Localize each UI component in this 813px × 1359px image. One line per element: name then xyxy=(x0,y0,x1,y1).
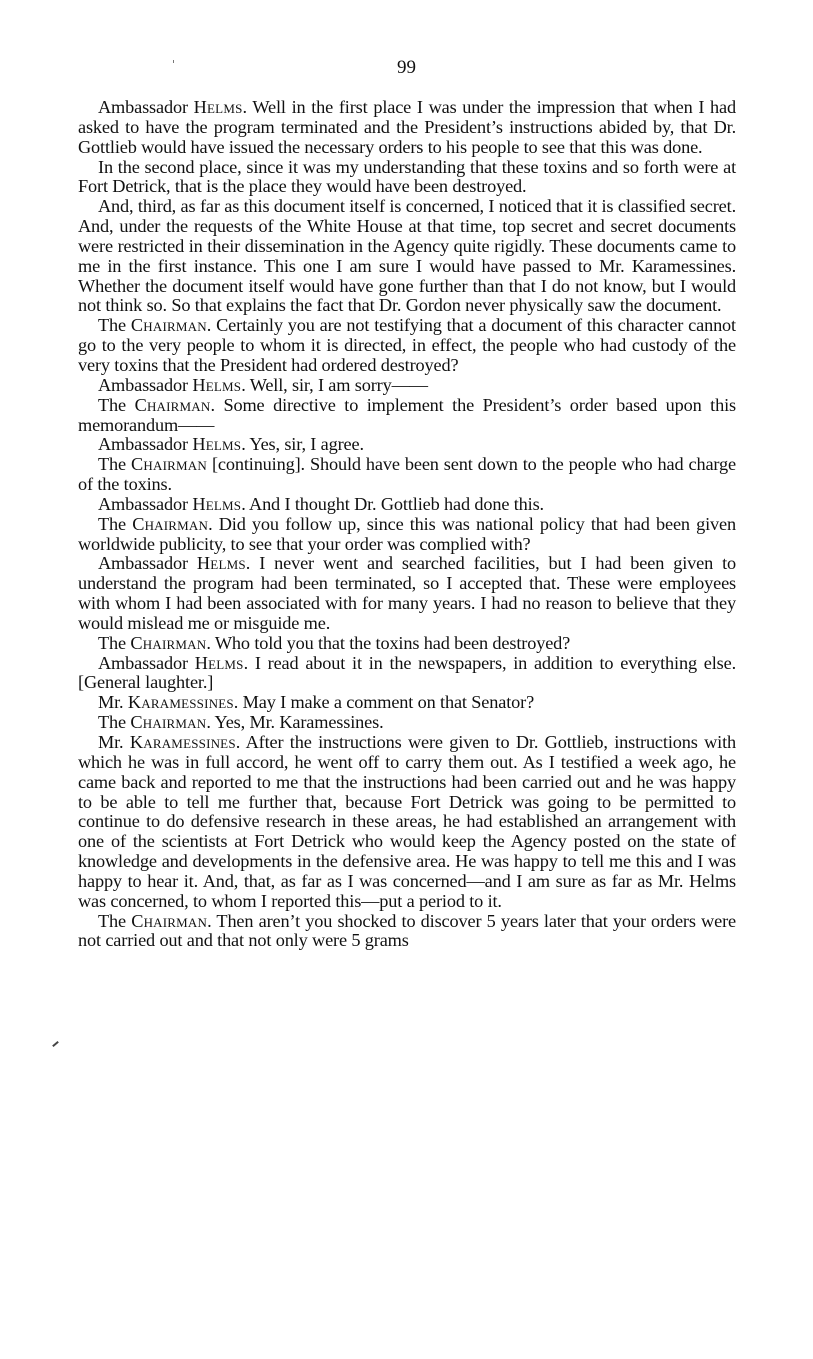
speaker-name: Helms xyxy=(197,553,246,573)
speaker-name: Chairman xyxy=(131,454,207,474)
speaker-prefix: The xyxy=(98,395,135,415)
speaker-name: Helms xyxy=(192,494,241,514)
speaker-prefix: Ambassador xyxy=(98,434,192,454)
paragraph: The Chairman. Certainly you are not test… xyxy=(78,316,736,376)
document-page: 99 Ambassador Helms. Well in the first p… xyxy=(0,0,813,1359)
paragraph: Ambassador Helms. I never went and searc… xyxy=(78,554,736,633)
paragraph: The Chairman. Then aren’t you shocked to… xyxy=(78,912,736,952)
paragraph-text: . Yes, Mr. Karamessines. xyxy=(206,712,383,732)
transcript-body: Ambassador Helms. Well in the first plac… xyxy=(78,98,736,951)
paragraph-text: . Yes, sir, I agree. xyxy=(241,434,364,454)
speaker-prefix: The xyxy=(98,911,131,931)
speaker-prefix: Mr. xyxy=(98,692,128,712)
speaker-name: Chairman xyxy=(131,315,207,335)
paragraph-text: And, third, as far as this document itse… xyxy=(78,196,736,315)
speaker-prefix: Ambassador xyxy=(98,97,194,117)
paragraph: The Chairman. Some directive to implemen… xyxy=(78,396,736,436)
paragraph-text: . Well, sir, I am sorry—— xyxy=(241,375,428,395)
speaker-name: Helms xyxy=(192,434,241,454)
speaker-prefix: Mr. xyxy=(98,732,130,752)
paragraph: The Chairman [continuing]. Should have b… xyxy=(78,455,736,495)
speaker-prefix: Ambassador xyxy=(98,375,192,395)
speaker-name: Helms xyxy=(192,375,241,395)
speaker-name: Helms xyxy=(194,97,243,117)
paragraph: Ambassador Helms. Well in the first plac… xyxy=(78,98,736,158)
speaker-name: Chairman xyxy=(130,633,206,653)
speaker-name: Chairman xyxy=(131,911,207,931)
paragraph: Mr. Karamessines. May I make a comment o… xyxy=(78,693,736,713)
speaker-prefix: The xyxy=(98,712,130,732)
paragraph: Ambassador Helms. Yes, sir, I agree. xyxy=(78,435,736,455)
speaker-name: Chairman xyxy=(132,514,208,534)
paragraph: The Chairman. Did you follow up, since t… xyxy=(78,515,736,555)
speaker-prefix: Ambassador xyxy=(98,553,197,573)
speaker-name: Chairman xyxy=(135,395,211,415)
paragraph-text: . After the instructions were given to D… xyxy=(78,732,736,911)
paragraph: In the second place, since it was my und… xyxy=(78,158,736,198)
paragraph-text: . Who told you that the toxins had been … xyxy=(206,633,570,653)
paragraph: Ambassador Helms. I read about it in the… xyxy=(78,654,736,694)
paragraph: And, third, as far as this document itse… xyxy=(78,197,736,316)
paragraph-text: . May I make a comment on that Senator? xyxy=(234,692,534,712)
paragraph: The Chairman. Who told you that the toxi… xyxy=(78,634,736,654)
speaker-name: Helms xyxy=(195,653,244,673)
speaker-prefix: The xyxy=(98,514,132,534)
margin-mark xyxy=(52,1041,59,1047)
paragraph: Ambassador Helms. And I thought Dr. Gott… xyxy=(78,495,736,515)
speaker-prefix: The xyxy=(98,454,131,474)
paragraph: Ambassador Helms. Well, sir, I am sorry—… xyxy=(78,376,736,396)
paragraph: Mr. Karamessines. After the instructions… xyxy=(78,733,736,912)
paragraph-text: . And I thought Dr. Gottlieb had done th… xyxy=(241,494,544,514)
paragraph: The Chairman. Yes, Mr. Karamessines. xyxy=(78,713,736,733)
page-number: 99 xyxy=(0,56,813,80)
speaker-prefix: The xyxy=(98,315,131,335)
speaker-name: Karamessines xyxy=(130,732,236,752)
speaker-prefix: Ambassador xyxy=(98,494,192,514)
paragraph-text: In the second place, since it was my und… xyxy=(78,157,736,197)
speaker-prefix: The xyxy=(98,633,130,653)
speaker-name: Karamessines xyxy=(128,692,234,712)
speaker-prefix: Ambassador xyxy=(98,653,195,673)
speaker-name: Chairman xyxy=(130,712,206,732)
